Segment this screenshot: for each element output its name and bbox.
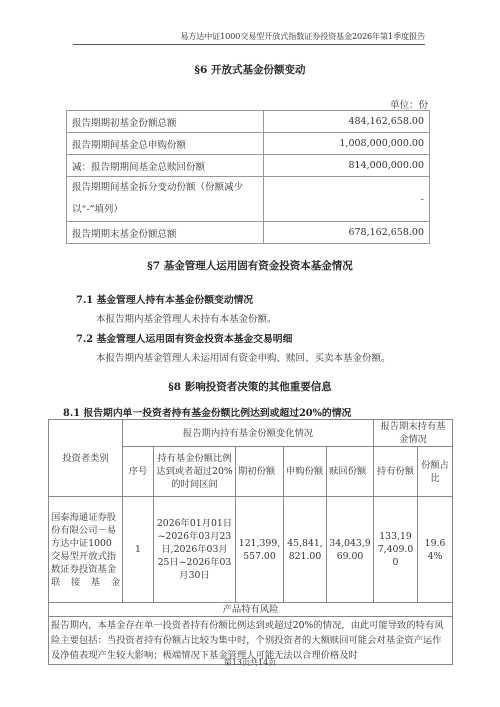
row-value: - (264, 177, 430, 222)
header-group-during: 报告期内持有基金份额变化情况 (123, 420, 374, 447)
subsection-7-2-title: 7.2 基金管理人运用固有资金投资本基金交易明细 (76, 331, 292, 345)
cell-subscribe: 45,841,821.00 (284, 497, 327, 603)
subsection-7-2-text: 本报告期内基金管理人未运用固有资金申购、赎回、买卖本基金份额。 (96, 350, 391, 364)
row-label-line: 报告期期间基金拆分变动份额（份额减少 (72, 177, 258, 199)
table-row: 报告期期末基金份额总额 678,162,658.00 (67, 222, 430, 244)
header-period: 持有基金份额比例达到或者超过20%的时间区间 (154, 447, 236, 497)
table-row: 减：报告期期间基金总赎回份额 814,000,000.00 (67, 155, 430, 177)
header-investor-type: 投资者类别 (49, 420, 123, 497)
risk-header-row: 产品特有风险 (49, 603, 453, 617)
unit-label: 单位：份 (370, 97, 428, 111)
section-8-title: §8 影响投资者决策的其他重要信息 (0, 379, 500, 394)
table-row: 报告期期间基金拆分变动份额（份额减少 以“-”填列） - (67, 177, 430, 222)
subsection-7-1-text: 本报告期内基金管理人未持有本基金份额。 (96, 311, 277, 325)
row-label: 减：报告期期间基金总赎回份额 (67, 155, 264, 177)
row-value: 678,162,658.00 (264, 222, 430, 244)
section-6-title: §6 开放式基金份额变动 (0, 62, 500, 77)
table-row: 国泰海通证券股份有限公司－易方达中证1000交易型开放式指数证券投资基金联接基金… (49, 497, 453, 603)
report-title: 易方达中证1000交易型开放式指数证券投资基金2026年第1季度报告 (180, 31, 425, 41)
cell-redeem: 34,043,969.00 (327, 497, 374, 603)
row-value: 814,000,000.00 (264, 155, 430, 177)
cell-seq: 1 (123, 497, 154, 603)
row-label-line: 以“-”填列） (72, 199, 258, 221)
subsection-8-1-title: 8.1 报告期内单一投资者持有基金份额比例达到或超过20%的情况 (63, 405, 351, 419)
cell-ratio: 19.64% (418, 497, 453, 603)
header-group-end: 报告期末持有基金情况 (374, 420, 453, 447)
section-7-title: §7 基金管理人运用固有资金投资本基金情况 (0, 258, 500, 273)
risk-header: 产品特有风险 (49, 603, 453, 617)
table-row: 报告期期初基金份额总额 484,162,658.00 (67, 111, 430, 133)
table-row: 报告期期间基金总申购份额 1,008,000,000.00 (67, 133, 430, 155)
table-header-row: 投资者类别 报告期内持有基金份额变化情况 报告期末持有基金情况 (49, 420, 453, 447)
header-ratio: 份额占比 (418, 447, 453, 497)
row-value: 484,162,658.00 (264, 111, 430, 133)
share-change-table: 报告期期初基金份额总额 484,162,658.00 报告期期间基金总申购份额 … (66, 110, 430, 244)
header-redeem: 赎回份额 (327, 447, 374, 497)
cell-period: 2026年01月01日~2026年03月23日,2026年03月25日~2026… (154, 497, 236, 603)
row-label: 报告期期间基金总申购份额 (67, 133, 264, 155)
header-begin: 期初份额 (236, 447, 284, 497)
subsection-7-1-title: 7.1 基金管理人持有本基金份额变动情况 (76, 292, 253, 306)
row-label: 报告期期初基金份额总额 (67, 111, 264, 133)
page-number: 第13页共14页 (0, 657, 500, 668)
major-investor-table: 投资者类别 报告期内持有基金份额变化情况 报告期末持有基金情况 序号 持有基金份… (48, 419, 453, 665)
header-hold: 持有份额 (374, 447, 418, 497)
cell-investor: 国泰海通证券股份有限公司－易方达中证1000交易型开放式指数证券投资基金联接基金 (49, 497, 123, 603)
cell-hold: 133,197,409.00 (374, 497, 418, 603)
running-header: 易方达中证1000交易型开放式指数证券投资基金2026年第1季度报告 (73, 30, 425, 45)
header-seq: 序号 (123, 447, 154, 497)
cell-begin: 121,399,557.00 (236, 497, 284, 603)
row-value: 1,008,000,000.00 (264, 133, 430, 155)
row-label: 报告期期间基金拆分变动份额（份额减少 以“-”填列） (67, 177, 264, 222)
header-subscribe: 申购份额 (284, 447, 327, 497)
row-label: 报告期期末基金份额总额 (67, 222, 264, 244)
